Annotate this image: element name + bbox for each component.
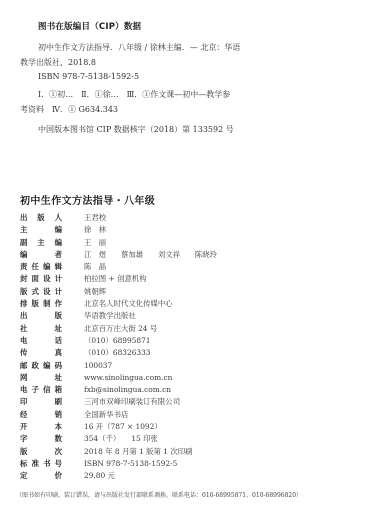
label-char: 责: [20, 261, 27, 273]
label-char: 版: [20, 286, 27, 298]
label-char: 封: [20, 273, 27, 285]
label-char: 版: [37, 212, 44, 224]
label-char: 真: [55, 347, 62, 359]
colophon-value: 姚朝辉: [84, 286, 106, 298]
label-char: 编: [43, 261, 50, 273]
colophon-label: 封面设计: [20, 273, 84, 285]
label-char: 辑: [55, 261, 62, 273]
colophon-row: 副主编王 丽: [20, 237, 360, 249]
colophon-value: 三河市双峰印刷装订有限公司: [84, 396, 180, 408]
colophon-label: 网址: [20, 372, 84, 384]
colophon-label: 出版人: [20, 212, 84, 224]
label-char: 开: [20, 421, 27, 433]
colophon-label: 编者: [20, 249, 84, 261]
label-char: 电: [20, 335, 27, 347]
colophon-value: 王 丽: [84, 237, 106, 249]
cip-subject-line2: 考资料 Ⅳ．① G634.343: [20, 105, 118, 114]
colophon-value: 陈 晶: [84, 261, 106, 273]
label-char: 数: [55, 433, 62, 445]
colophon-row: 电话（010）68995871: [20, 335, 360, 347]
colophon-row: 版式设计姚朝辉: [20, 286, 360, 298]
footnote: （图书如有印刷、装订错误，请与出版社发行部联系调换。联系电话：010-68995…: [16, 490, 302, 499]
label-char: 子: [32, 384, 39, 396]
label-char: 式: [32, 286, 39, 298]
label-char: 制: [43, 298, 50, 310]
label-char: 版: [32, 298, 39, 310]
colophon-row: 电子信箱fxb@sinolingua.com.cn: [20, 384, 360, 396]
colophon-label: 印刷: [20, 396, 84, 408]
cip-subject-line1: Ⅰ．①初… Ⅱ．①徐… Ⅲ．①作文课—初中—教学参: [38, 90, 230, 99]
label-char: 编: [20, 249, 27, 261]
colophon-value: 王君校: [84, 212, 106, 224]
label-char: 主: [20, 224, 27, 236]
colophon-row: 出版人王君校: [20, 212, 360, 224]
label-char: 邮: [20, 360, 27, 372]
colophon-value: 全国新华书店: [84, 409, 128, 421]
cip-heading: 图书在版编目（CIP）数据: [38, 20, 360, 32]
label-char: 准: [32, 458, 39, 470]
label-char: 书: [43, 458, 50, 470]
colophon-value: www.sinolingua.com.cn: [84, 372, 172, 384]
label-char: 电: [20, 384, 27, 396]
colophon-label: 开本: [20, 421, 84, 433]
colophon-label: 责任编辑: [20, 261, 84, 273]
colophon-row: 主编徐 林: [20, 224, 360, 236]
colophon-value: 北京百万庄大街 24 号: [84, 323, 157, 335]
cip-data-block: 图书在版编目（CIP）数据 初中生作文方法指导．八年级 / 徐林主编．— 北京：…: [20, 20, 360, 135]
label-char: 定: [20, 470, 27, 482]
colophon-label: 邮政编码: [20, 360, 84, 372]
cip-record-line1: 初中生作文方法指导．八年级 / 徐林主编．— 北京：华语: [38, 43, 240, 52]
colophon-label: 字数: [20, 433, 84, 445]
colophon-label: 传真: [20, 347, 84, 359]
colophon-row: 排版制作北京名人时代文化传媒中心: [20, 298, 360, 310]
colophon-label: 社址: [20, 323, 84, 335]
label-char: 本: [55, 421, 62, 433]
cip-record-line2: 教学出版社，2018.8: [20, 58, 96, 67]
colophon-value: 北京名人时代文化传媒中心: [84, 298, 173, 310]
colophon-label: 版式设计: [20, 286, 84, 298]
label-char: 计: [55, 273, 62, 285]
colophon-label: 版次: [20, 446, 84, 458]
label-char: 作: [55, 298, 62, 310]
label-char: 价: [55, 470, 62, 482]
label-char: 计: [55, 286, 62, 298]
colophon-row: 字数354（千） 15 印张: [20, 433, 360, 445]
label-char: 网: [20, 372, 27, 384]
colophon-row: 社址北京百万庄大街 24 号: [20, 323, 360, 335]
cip-record: 初中生作文方法指导．八年级 / 徐林主编．— 北京：华语 教学出版社，2018.…: [20, 40, 252, 70]
colophon-value: ISBN 978-7-5138-1592-5: [84, 458, 177, 470]
colophon-label: 电话: [20, 335, 84, 347]
label-char: 版: [20, 446, 27, 458]
label-char: 出: [20, 212, 27, 224]
colophon-value: （010）68326333: [84, 347, 151, 359]
colophon-row: 封面设计柏拉图 + 创意机构: [20, 273, 360, 285]
cip-subjects: Ⅰ．①初… Ⅱ．①徐… Ⅲ．①作文课—初中—教学参 考资料 Ⅳ．① G634.3…: [20, 87, 252, 117]
label-char: 经: [20, 409, 27, 421]
label-char: 主: [37, 237, 44, 249]
label-char: 编: [43, 360, 50, 372]
label-char: 编: [55, 224, 62, 236]
label-char: 编: [55, 237, 62, 249]
label-char: 排: [20, 298, 27, 310]
label-char: 标: [20, 458, 27, 470]
colophon-value: 柏拉图 + 创意机构: [84, 273, 147, 285]
label-char: 销: [55, 409, 62, 421]
colophon-value: 华语教学出版社: [84, 310, 136, 322]
label-char: 版: [55, 310, 62, 322]
label-char: 社: [20, 323, 27, 335]
label-char: 设: [43, 273, 50, 285]
label-char: 印: [20, 396, 27, 408]
colophon-value: 100037: [84, 360, 112, 372]
label-char: 次: [55, 446, 62, 458]
label-char: 号: [55, 458, 62, 470]
book-title: 初中生作文方法指导・八年级: [20, 192, 155, 207]
label-char: 面: [32, 273, 39, 285]
label-char: 码: [55, 360, 62, 372]
colophon-value: 2018 年 8 月第 1 版第 1 次印刷: [84, 446, 193, 458]
colophon-row: 版次2018 年 8 月第 1 版第 1 次印刷: [20, 446, 360, 458]
colophon-row: 经销全国新华书店: [20, 409, 360, 421]
colophon-row: 印刷三河市双峰印刷装订有限公司: [20, 396, 360, 408]
colophon-label: 经销: [20, 409, 84, 421]
colophon-row: 网址www.sinolingua.com.cn: [20, 372, 360, 384]
colophon-label: 排版制作: [20, 298, 84, 310]
label-char: 设: [43, 286, 50, 298]
label-char: 信: [43, 384, 50, 396]
label-char: 刷: [55, 396, 62, 408]
colophon-value: 江 煜 蔡加雄 刘文祥 陈晓玲: [84, 249, 217, 261]
colophon-row: 开本16 开（787 × 1092）: [20, 421, 360, 433]
label-char: 传: [20, 347, 27, 359]
colophon-value: 徐 林: [84, 224, 106, 236]
colophon-label: 电子信箱: [20, 384, 84, 396]
colophon-value: 29.80 元: [84, 470, 115, 482]
label-char: 址: [55, 372, 62, 384]
label-char: 出: [20, 310, 27, 322]
colophon-label: 标准书号: [20, 458, 84, 470]
colophon-value: （010）68995871: [84, 335, 151, 347]
colophon-label: 出版: [20, 310, 84, 322]
colophon-label: 主编: [20, 224, 84, 236]
label-char: 副: [20, 237, 27, 249]
colophon-table: 出版人王君校主编徐 林副主编王 丽编者江 煜 蔡加雄 刘文祥 陈晓玲责任编辑陈 …: [20, 212, 360, 483]
label-char: 字: [20, 433, 27, 445]
colophon-row: 出版华语教学出版社: [20, 310, 360, 322]
colophon-row: 邮政编码100037: [20, 360, 360, 372]
colophon-row: 定价29.80 元: [20, 470, 360, 482]
colophon-value: fxb@sinolingua.com.cn: [84, 384, 171, 396]
colophon-value: 354（千） 15 印张: [84, 433, 158, 445]
colophon-row: 标准书号ISBN 978-7-5138-1592-5: [20, 458, 360, 470]
colophon-label: 定价: [20, 470, 84, 482]
colophon-label: 副主编: [20, 237, 84, 249]
cip-isbn: ISBN 978-7-5138-1592-5: [38, 72, 360, 81]
label-char: 箱: [55, 384, 62, 396]
label-char: 人: [55, 212, 62, 224]
colophon-row: 编者江 煜 蔡加雄 刘文祥 陈晓玲: [20, 249, 360, 261]
label-char: 址: [55, 323, 62, 335]
cip-catalog-number: 中国版本图书馆 CIP 数据核字（2018）第 133592 号: [38, 124, 360, 135]
colophon-value: 16 开（787 × 1092）: [84, 421, 162, 433]
colophon-row: 责任编辑陈 晶: [20, 261, 360, 273]
label-char: 任: [32, 261, 39, 273]
label-char: 话: [55, 335, 62, 347]
colophon-row: 传真（010）68326333: [20, 347, 360, 359]
label-char: 政: [32, 360, 39, 372]
label-char: 者: [55, 249, 62, 261]
